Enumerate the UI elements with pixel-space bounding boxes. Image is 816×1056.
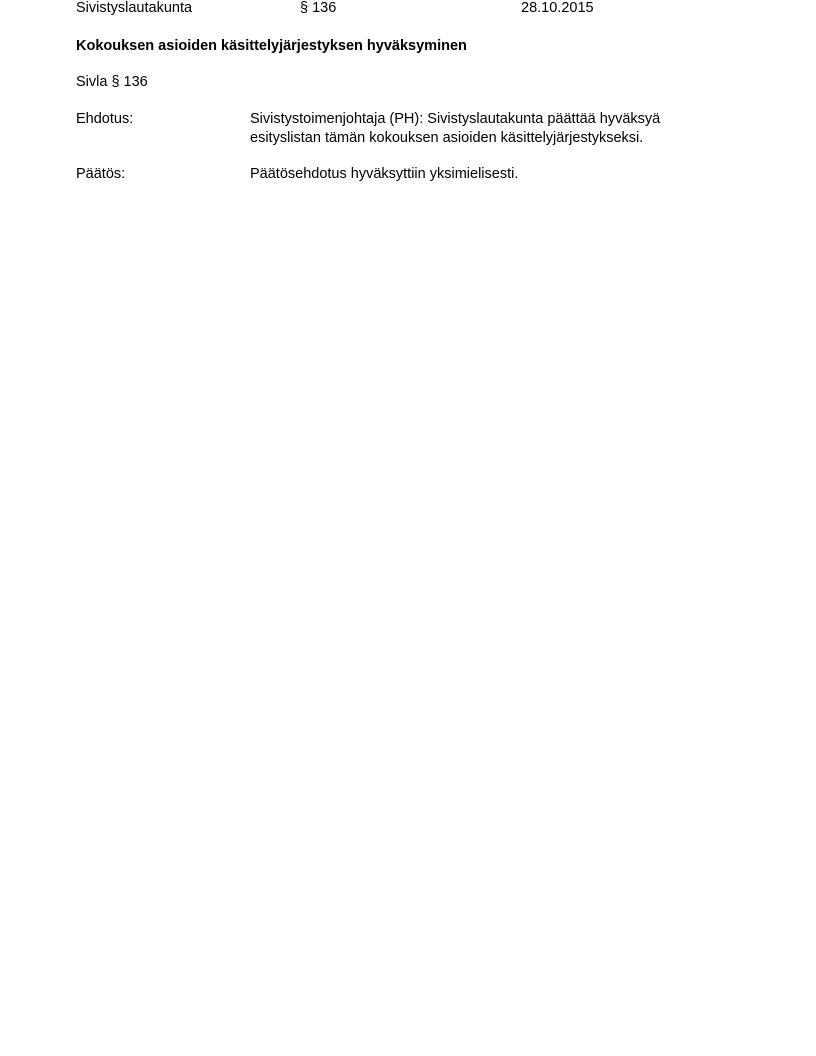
section-number: § 136	[300, 0, 336, 16]
proposal-line-2: esityslistan tämän kokouksen asioiden kä…	[250, 130, 643, 146]
proposal-line-1: Sivistystoimenjohtaja (PH): Sivistyslaut…	[250, 111, 660, 127]
committee-name: Sivistyslautakunta	[76, 0, 192, 16]
reference: Sivla § 136	[76, 74, 148, 90]
meeting-date: 28.10.2015	[521, 0, 594, 16]
page-title: Kokouksen asioiden käsittelyjärjestyksen…	[76, 38, 467, 54]
proposal-label: Ehdotus:	[76, 111, 133, 127]
decision-text: Päätösehdotus hyväksyttiin yksimielisest…	[250, 166, 518, 182]
decision-label: Päätös:	[76, 166, 125, 182]
